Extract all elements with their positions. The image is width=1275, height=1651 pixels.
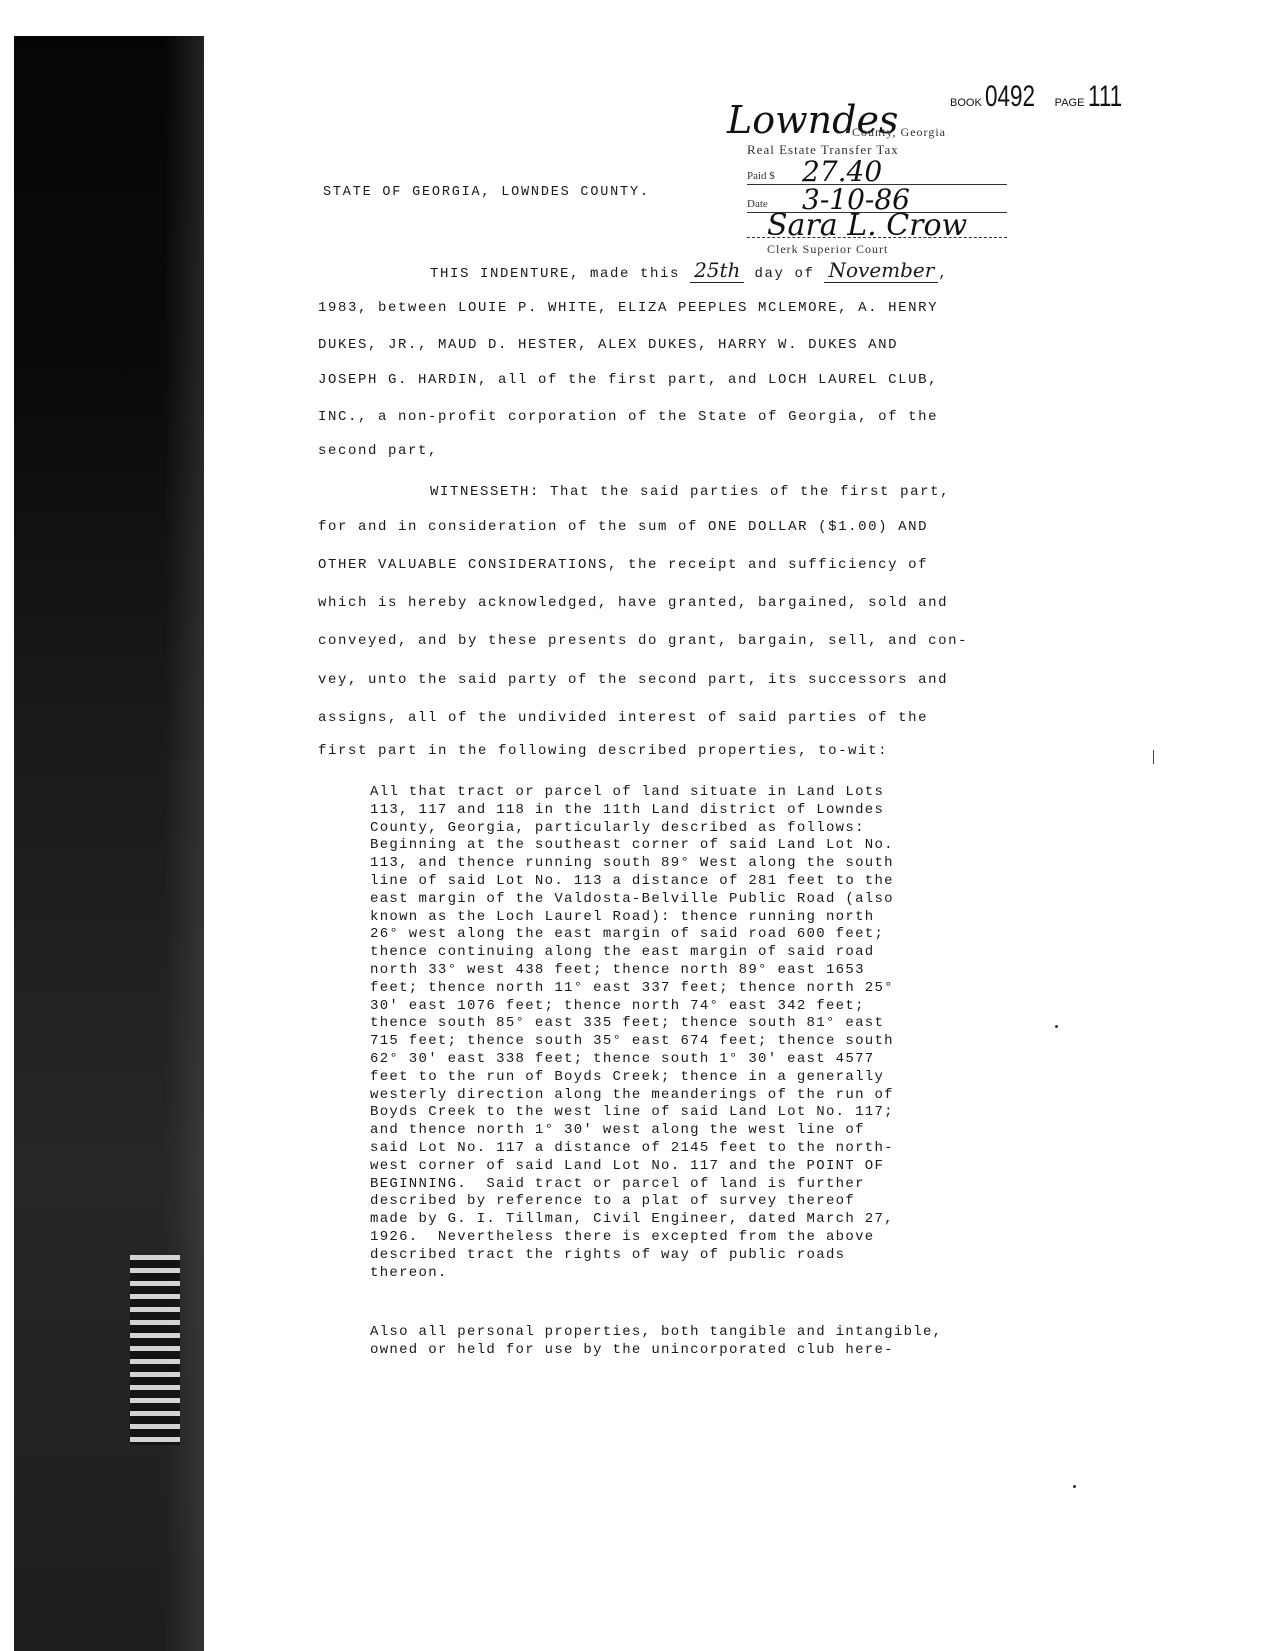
legal-line: 113, and thence running south 89° West a…	[370, 855, 1010, 873]
legal-line: 30' east 1076 feet; thence north 74° eas…	[370, 998, 1010, 1016]
legal-line: thence south 85° east 335 feet; thence s…	[370, 1015, 1010, 1033]
legal-line: made by G. I. Tillman, Civil Engineer, d…	[370, 1211, 1010, 1229]
indenture-lead: THIS INDENTURE, made this	[430, 266, 680, 282]
legal-description: All that tract or parcel of land situate…	[370, 784, 1010, 1282]
legal-line: said Lot No. 117 a distance of 2145 feet…	[370, 1140, 1010, 1158]
legal-line: and thence north 1° 30' west along the w…	[370, 1122, 1010, 1140]
signature-line	[747, 237, 1007, 238]
legal-line: Beginning at the southeast corner of sai…	[370, 837, 1010, 855]
legal-line: north 33° west 438 feet; thence north 89…	[370, 962, 1010, 980]
county-suffix: County, Georgia	[852, 125, 946, 140]
indenture-line: second part,	[318, 443, 1018, 459]
indenture-lead-line: THIS INDENTURE, made this 25th day of No…	[318, 258, 1130, 282]
witnesseth-line: assigns, all of the undivided interest o…	[318, 710, 1018, 726]
indenture-line: 1983, between LOUIE P. WHITE, ELIZA PEEP…	[318, 300, 1018, 316]
book-number: 0492	[985, 80, 1035, 114]
legal-line: described by reference to a plat of surv…	[370, 1193, 1010, 1211]
legal-line: described tract the rights of way of pub…	[370, 1247, 1010, 1265]
month-handwritten: November	[824, 258, 938, 283]
indenture-line: JOSEPH G. HARDIN, all of the first part,…	[318, 372, 1018, 388]
personal-property-line: owned or held for use by the unincorpora…	[370, 1341, 1070, 1359]
legal-line: thence continuing along the east margin …	[370, 944, 1010, 962]
witnesseth-line: OTHER VALUABLE CONSIDERATIONS, the recei…	[318, 557, 1018, 573]
legal-line: 113, 117 and 118 in the 11th Land distri…	[370, 802, 1010, 820]
indenture-line: DUKES, JR., MAUD D. HESTER, ALEX DUKES, …	[318, 337, 1018, 353]
scan-speck	[1073, 1485, 1076, 1488]
legal-line: 1926. Nevertheless there is excepted fro…	[370, 1229, 1010, 1247]
witnesseth-line: vey, unto the said party of the second p…	[318, 672, 1018, 688]
clerk-label: Clerk Superior Court	[767, 242, 888, 257]
personal-property-line: Also all personal properties, both tangi…	[370, 1323, 1070, 1341]
legal-line: 715 feet; thence south 35° east 674 feet…	[370, 1033, 1010, 1051]
witnesseth-line: for and in consideration of the sum of O…	[318, 519, 1018, 535]
legal-line: known as the Loch Laurel Road): thence r…	[370, 909, 1010, 927]
legal-line: 62° 30' east 338 feet; thence south 1° 3…	[370, 1051, 1010, 1069]
legal-line: 26° west along the east margin of said r…	[370, 926, 1010, 944]
personal-property-paragraph: Also all personal properties, both tangi…	[370, 1323, 1070, 1359]
page-label: PAGE	[1055, 97, 1085, 109]
legal-line: feet to the run of Boyds Creek; thence i…	[370, 1069, 1010, 1087]
paid-row: Paid $ 27.40	[747, 160, 1007, 185]
legal-line: thereon.	[370, 1265, 1010, 1283]
binding-marks	[130, 1255, 180, 1445]
legal-line: feet; thence north 11° east 337 feet; th…	[370, 980, 1010, 998]
paid-label: Paid $	[747, 170, 775, 182]
margin-mark	[1153, 750, 1154, 764]
witnesseth-line: first part in the following described pr…	[318, 743, 1018, 759]
book-label: BOOK	[950, 97, 982, 109]
legal-line: County, Georgia, particularly described …	[370, 820, 1010, 838]
day-of: day of	[754, 266, 814, 282]
indenture-line: INC., a non-profit corporation of the St…	[318, 409, 1018, 425]
legal-line: All that tract or parcel of land situate…	[370, 784, 1010, 802]
legal-line: Boyds Creek to the west line of said Lan…	[370, 1104, 1010, 1122]
witnesseth-line: which is hereby acknowledged, have grant…	[318, 595, 1018, 611]
witnesseth-line: WITNESSETH: That the said parties of the…	[318, 484, 1130, 500]
legal-line: BEGINNING. Said tract or parcel of land …	[370, 1176, 1010, 1194]
legal-line: line of said Lot No. 113 a distance of 2…	[370, 873, 1010, 891]
legal-line: west corner of said Land Lot No. 117 and…	[370, 1158, 1010, 1176]
page-number: 111	[1088, 80, 1122, 114]
legal-line: westerly direction along the meanderings…	[370, 1087, 1010, 1105]
day-handwritten: 25th	[690, 258, 744, 283]
legal-line: east margin of the Valdosta-Belville Pub…	[370, 891, 1010, 909]
book-page-stamp: BOOK 0492 PAGE 111	[950, 80, 1133, 114]
date-label: Date	[747, 198, 768, 210]
scan-speck	[1055, 1025, 1058, 1028]
witnesseth-line: conveyed, and by these presents do grant…	[318, 633, 1018, 649]
document-title: STATE OF GEORGIA, LOWNDES COUNTY.	[323, 185, 650, 200]
